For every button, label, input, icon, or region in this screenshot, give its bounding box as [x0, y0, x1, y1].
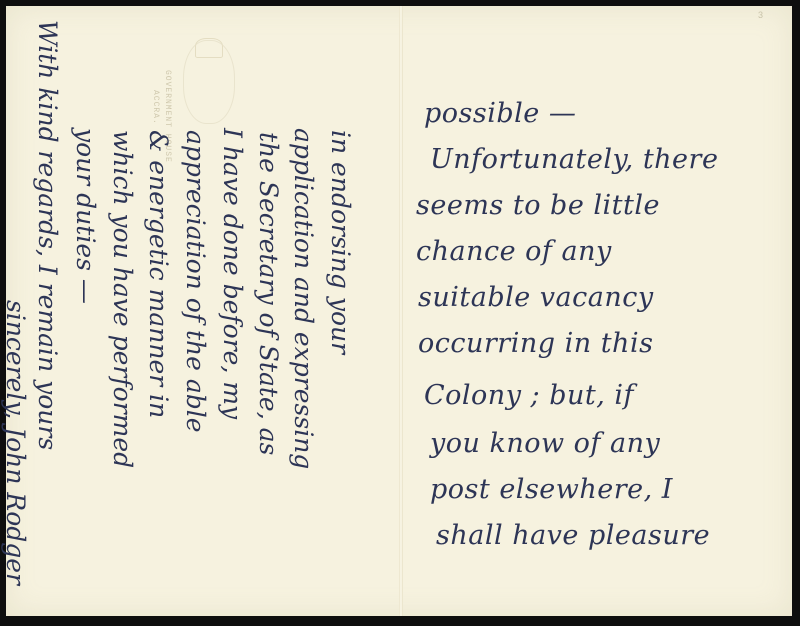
right-line-7: Colony ; but, if [424, 380, 634, 411]
left-line-3: the Secretary of State, as [254, 132, 283, 455]
left-line-4: I have done before, my [218, 128, 247, 419]
page-number-mark: 3 [758, 10, 763, 20]
right-line-6: occurring in this [418, 328, 653, 359]
royal-crest-emboss-icon [183, 40, 235, 124]
right-line-3: seems to be little [416, 190, 660, 221]
left-line-5: appreciation of the able [181, 130, 210, 433]
right-line-10: shall have pleasure [436, 520, 710, 551]
right-line-2: Unfortunately, there [430, 144, 718, 175]
left-line-10: sincerely, John Rodger [1, 300, 30, 585]
left-line-6: & energetic manner in [144, 130, 173, 418]
left-page: GOVERNMENT HOUSE ACCRA. in endorsing you… [0, 0, 400, 626]
left-line-7: which you have performed [108, 130, 137, 468]
left-line-8: your duties — [71, 128, 100, 304]
letterhead-line2: ACCRA. [151, 90, 160, 125]
right-line-4: chance of any [416, 236, 612, 267]
left-line-1: in endorsing your [326, 130, 355, 354]
left-line-2: application and expressing [289, 128, 318, 469]
right-line-5: suitable vacancy [418, 282, 654, 313]
right-line-9: post elsewhere, I [430, 474, 673, 505]
left-line-9: With kind regards, I remain yours [33, 20, 62, 450]
right-line-1: possible — [424, 98, 576, 129]
right-line-8: you know of any [430, 428, 660, 459]
